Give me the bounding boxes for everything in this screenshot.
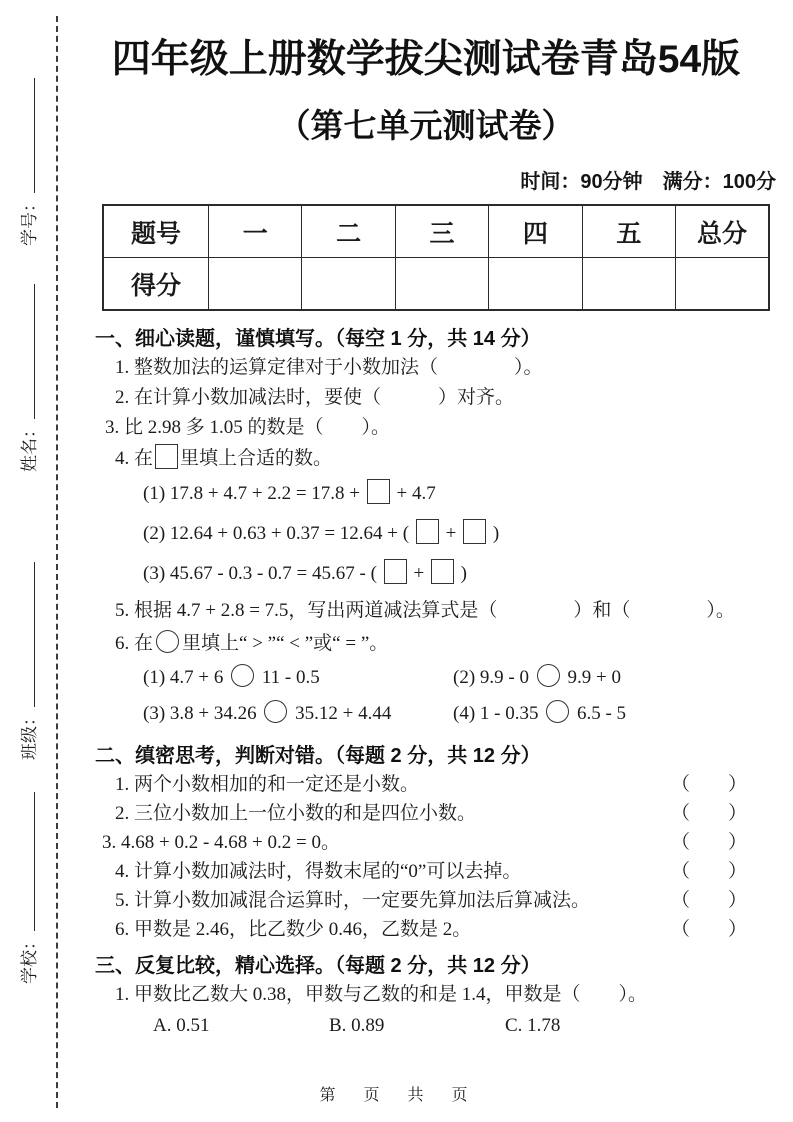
fill-box	[463, 519, 486, 544]
sidebar-field-name: 姓名：	[15, 284, 39, 472]
judgment-text: 2. 三位小数加上一位小数的和是四位小数。	[115, 799, 476, 828]
score-empty-cell	[676, 258, 769, 311]
comparison-item-4: (4) 1 - 0.35 6.5 - 5	[453, 696, 626, 732]
section-multiple-choice: 三、反复比较，精心选择。（每题 2 分，共 12 分） 1. 甲数比乙数大 0.…	[95, 952, 782, 1041]
compare-circle	[264, 700, 287, 723]
sidebar-field-school: 学校：	[15, 792, 39, 984]
score-header-cell: 五	[582, 205, 675, 258]
score-row-label-cell: 得分	[103, 258, 209, 311]
judgment-text: 1. 两个小数相加的和一定还是小数。	[115, 770, 419, 799]
score-empty-cell	[395, 258, 488, 311]
compare-circle	[537, 664, 560, 687]
seal-dashed-line	[56, 16, 58, 1108]
answer-bracket: （ ）	[671, 770, 747, 799]
comparison-item-1: (1) 4.7 + 6 11 - 0.5	[143, 660, 453, 696]
class-blank-line	[19, 562, 35, 707]
question-1-5: 5. 根据 4.7 + 2.8 = 7.5，写出两道减法算式是（ ）和（ ）。	[95, 594, 782, 627]
judgment-row: 5. 计算小数加减混合运算时，一定要先算加法后算减法。 （ ）	[95, 886, 747, 915]
comparison-item-2: (2) 9.9 - 0 9.9 + 0	[453, 660, 621, 696]
score-header-cell: 二	[302, 205, 395, 258]
score-header-cell: 题号	[103, 205, 209, 258]
answer-bracket: （ ）	[671, 799, 747, 828]
fill-box	[431, 559, 454, 584]
page-footer: 第 页 共 页	[0, 1082, 793, 1105]
judgment-text: 4. 计算小数加减法时，得数末尾的“0”可以去掉。	[115, 857, 521, 886]
sidebar-field-student-id: 学号：	[15, 78, 39, 246]
answer-bracket: （ ）	[671, 857, 747, 886]
question-1-4-sub-3: (3) 45.67 - 0.3 - 0.7 = 45.67 - ( + )	[95, 554, 782, 594]
judgment-text: 6. 甲数是 2.46，比乙数少 0.46，乙数是 2。	[115, 915, 471, 944]
page-title: 四年级上册数学拔尖测试卷青岛54版	[70, 36, 782, 84]
section-true-false: 二、缜密思考，判断对错。（每题 2 分，共 12 分） 1. 两个小数相加的和一…	[95, 742, 782, 944]
section-fill-in: 一、细心读题，谨慎填写。（每空 1 分，共 14 分） 1. 整数加法的运算定律…	[95, 325, 782, 732]
school-blank-line	[19, 792, 35, 931]
score-empty-cell	[582, 258, 675, 311]
comparison-row-2: (3) 3.8 + 34.26 35.12 + 4.44 (4) 1 - 0.3…	[95, 696, 782, 732]
answer-bracket: （ ）	[671, 915, 747, 944]
compare-circle	[156, 630, 179, 653]
section-1-heading: 一、细心读题，谨慎填写。（每空 1 分，共 14 分）	[95, 325, 782, 353]
student-id-label: 学号：	[15, 195, 40, 246]
comparison-row-1: (1) 4.7 + 6 11 - 0.5 (2) 9.9 - 0 9.9 + 0	[95, 660, 782, 696]
name-label: 姓名：	[15, 421, 40, 472]
comparison-item-3: (3) 3.8 + 34.26 35.12 + 4.44	[143, 696, 453, 732]
school-label: 学校：	[15, 933, 40, 984]
question-1-2: 2. 在计算小数加减法时，要使（ ）对齐。	[95, 383, 782, 413]
score-header-cell: 一	[209, 205, 302, 258]
fill-box	[367, 479, 390, 504]
question-1-3: 3. 比 2.98 多 1.05 的数是（ ）。	[95, 413, 782, 443]
question-3-1: 1. 甲数比乙数大 0.38，甲数与乙数的和是 1.4，甲数是（ ）。	[95, 980, 782, 1010]
section-2-heading: 二、缜密思考，判断对错。（每题 2 分，共 12 分）	[95, 742, 782, 770]
score-empty-cell	[209, 258, 302, 311]
score-header-cell: 三	[395, 205, 488, 258]
name-blank-line	[19, 284, 35, 419]
question-1-4-sub-1: (1) 17.8 + 4.7 + 2.2 = 17.8 + + 4.7	[95, 474, 782, 514]
score-empty-cell	[489, 258, 582, 311]
option-b: B. 0.89	[329, 1010, 505, 1041]
fill-box	[384, 559, 407, 584]
judgment-row: 1. 两个小数相加的和一定还是小数。 （ ）	[95, 770, 747, 799]
option-c: C. 1.78	[505, 1010, 681, 1041]
judgment-text: 5. 计算小数加减混合运算时，一定要先算加法后算减法。	[115, 886, 590, 915]
score-table-header-row: 题号 一 二 三 四 五 总分	[103, 205, 769, 258]
class-label: 班级：	[15, 709, 40, 760]
section-3-heading: 三、反复比较，精心选择。（每题 2 分，共 12 分）	[95, 952, 782, 980]
score-table: 题号 一 二 三 四 五 总分 得分	[102, 204, 770, 311]
exam-meta: 时间：90分钟 满分：100分	[70, 170, 782, 194]
score-header-cell: 总分	[676, 205, 769, 258]
judgment-row: 3. 4.68 + 0.2 - 4.68 + 0.2 = 0。 （ ）	[95, 828, 747, 857]
question-1-1: 1. 整数加法的运算定律对于小数加法（ ）。	[95, 353, 782, 383]
judgment-row: 6. 甲数是 2.46，比乙数少 0.46，乙数是 2。 （ ）	[95, 915, 747, 944]
page-subtitle: （第七单元测试卷）	[70, 106, 782, 146]
answer-bracket: （ ）	[671, 828, 747, 857]
sidebar-field-class: 班级：	[15, 562, 39, 760]
option-a: A. 0.51	[153, 1010, 329, 1041]
question-1-4-sub-2: (2) 12.64 + 0.63 + 0.37 = 12.64 + ( + )	[95, 514, 782, 554]
score-header-cell: 四	[489, 205, 582, 258]
student-id-blank-line	[19, 78, 35, 193]
score-table-score-row: 得分	[103, 258, 769, 311]
judgment-row: 4. 计算小数加减法时，得数末尾的“0”可以去掉。 （ ）	[95, 857, 747, 886]
question-1-6: 6. 在里填上“ > ”“ < ”或“ = ”。	[95, 627, 782, 660]
compare-circle	[546, 700, 569, 723]
question-1-4: 4. 在里填上合适的数。	[95, 443, 782, 474]
main-content: 四年级上册数学拔尖测试卷青岛54版 （第七单元测试卷） 时间：90分钟 满分：1…	[70, 0, 782, 1041]
judgment-text: 3. 4.68 + 0.2 - 4.68 + 0.2 = 0。	[102, 828, 340, 857]
fill-box	[416, 519, 439, 544]
score-empty-cell	[302, 258, 395, 311]
answer-bracket: （ ）	[671, 886, 747, 915]
options-row: A. 0.51 B. 0.89 C. 1.78	[95, 1010, 782, 1041]
compare-circle	[231, 664, 254, 687]
judgment-row: 2. 三位小数加上一位小数的和是四位小数。 （ ）	[95, 799, 747, 828]
fill-box	[155, 444, 178, 469]
exam-paper-page: 学号： 姓名： 班级： 学校： 四年级上册数学拔尖测试卷青岛54版 （第七单元测…	[0, 0, 793, 1122]
